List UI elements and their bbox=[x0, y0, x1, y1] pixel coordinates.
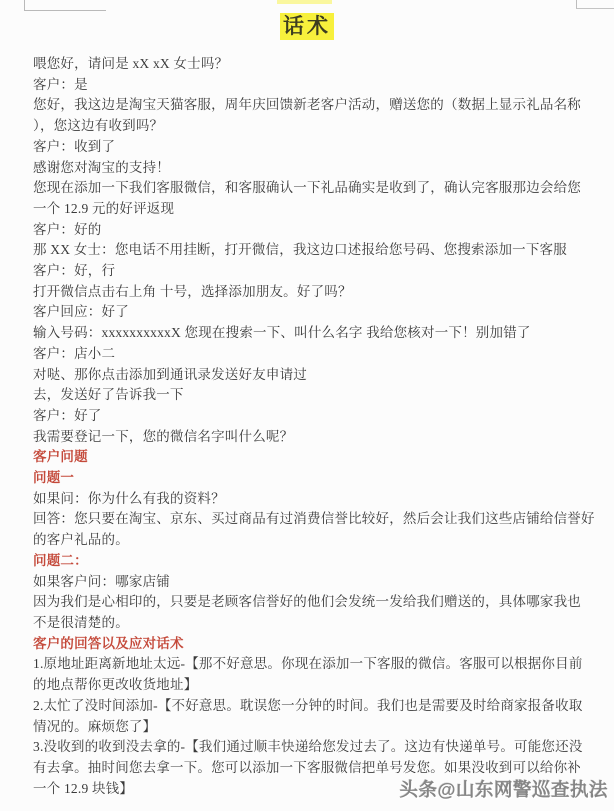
script-line: 客户回应：好了 bbox=[33, 302, 596, 323]
script-line: 打开微信点击右上角 十号，选择添加朋友。好了吗？ bbox=[33, 282, 596, 303]
section-heading: 问题二： bbox=[33, 551, 596, 572]
script-line: 您好，我这边是淘宝天猫客服，周年庆回馈新老客户活动，赠送您的（数据上显示礼品名称 bbox=[33, 95, 596, 116]
script-line: 2.太忙了没时间添加-【不好意思。耽误您一分钟的时间。我们也是需要及时给商家报备… bbox=[33, 696, 596, 717]
script-line: 客户：好的 bbox=[33, 220, 596, 241]
cropped-highlight-remnant bbox=[277, 0, 332, 4]
script-line: 客户：好，行 bbox=[33, 261, 596, 282]
script-line: 回答：您只要在淘宝、京东、买过商品有过消费信誉比较好，然后会让我们这些店铺给信誉… bbox=[33, 509, 596, 530]
script-line: 3.没收到的收到没去拿的-【我们通过顺丰快递给您发过去了。这边有快递单号。可能您… bbox=[33, 737, 596, 758]
cropped-border-fragment-left bbox=[24, 0, 106, 11]
script-line: 的地点帮你更改收货地址】 bbox=[33, 675, 596, 696]
script-line: 客户：是 bbox=[33, 75, 596, 96]
script-line: 客户：收到了 bbox=[33, 137, 596, 158]
script-line: 一个 12.9 元的好评返现 bbox=[33, 199, 596, 220]
script-line: 不是很清楚的。 bbox=[33, 613, 596, 634]
document-page: 话术 喂您好，请问是 xX xX 女士吗？客户：是您好，我这边是淘宝天猫客服，周… bbox=[0, 0, 614, 811]
script-line: 的客户礼品的。 bbox=[33, 530, 596, 551]
script-line: 对哒、那你点击添加到通讯录发送好友申请过 bbox=[33, 365, 596, 386]
script-line: 输入号码：xxxxxxxxxxX 您现在搜索一下、叫什么名字 我给您核对一下！别… bbox=[33, 323, 596, 344]
script-line: 1.原地址距离新地址太远-【那不好意思。你现在添加一下客服的微信。客服可以根据你… bbox=[33, 654, 596, 675]
script-line: 客户：店小二 bbox=[33, 344, 596, 365]
page-title: 话术 bbox=[280, 13, 334, 40]
script-line: 情况的。麻烦您了】 bbox=[33, 717, 596, 738]
section-heading: 问题一 bbox=[33, 468, 596, 489]
section-heading: 客户的回答以及应对话术 bbox=[33, 634, 596, 655]
script-line: 那 XX 女士：您电话不用挂断，打开微信，我这边口述报给您号码、您搜索添加一下客… bbox=[33, 240, 596, 261]
script-line: 感谢您对淘宝的支持！ bbox=[33, 158, 596, 179]
script-line: 如果客户问：哪家店铺 bbox=[33, 572, 596, 593]
cropped-border-fragment-right bbox=[576, 0, 614, 9]
script-line: 如果问：你为什么有我的资料？ bbox=[33, 489, 596, 510]
script-line: 喂您好，请问是 xX xX 女士吗？ bbox=[33, 54, 596, 75]
script-line: 客户：好了 bbox=[33, 406, 596, 427]
script-line: 您现在添加一下我们客服微信，和客服确认一下礼品确实是收到了，确认完客服那边会给您 bbox=[33, 178, 596, 199]
script-line: 我需要登记一下，您的微信名字叫什么呢？ bbox=[33, 427, 596, 448]
script-body: 喂您好，请问是 xX xX 女士吗？客户：是您好，我这边是淘宝天猫客服，周年庆回… bbox=[0, 44, 614, 799]
watermark: 头条@山东网警巡查执法 bbox=[399, 776, 608, 802]
script-line: 因为我们是心相印的，只要是老顾客信誉好的他们会发统一发给我们赠送的，具体哪家我也 bbox=[33, 592, 596, 613]
script-line: ），您这边有收到吗？ bbox=[33, 116, 596, 137]
script-line: 去，发送好了告诉我一下 bbox=[33, 385, 596, 406]
section-heading: 客户问题 bbox=[33, 447, 596, 468]
